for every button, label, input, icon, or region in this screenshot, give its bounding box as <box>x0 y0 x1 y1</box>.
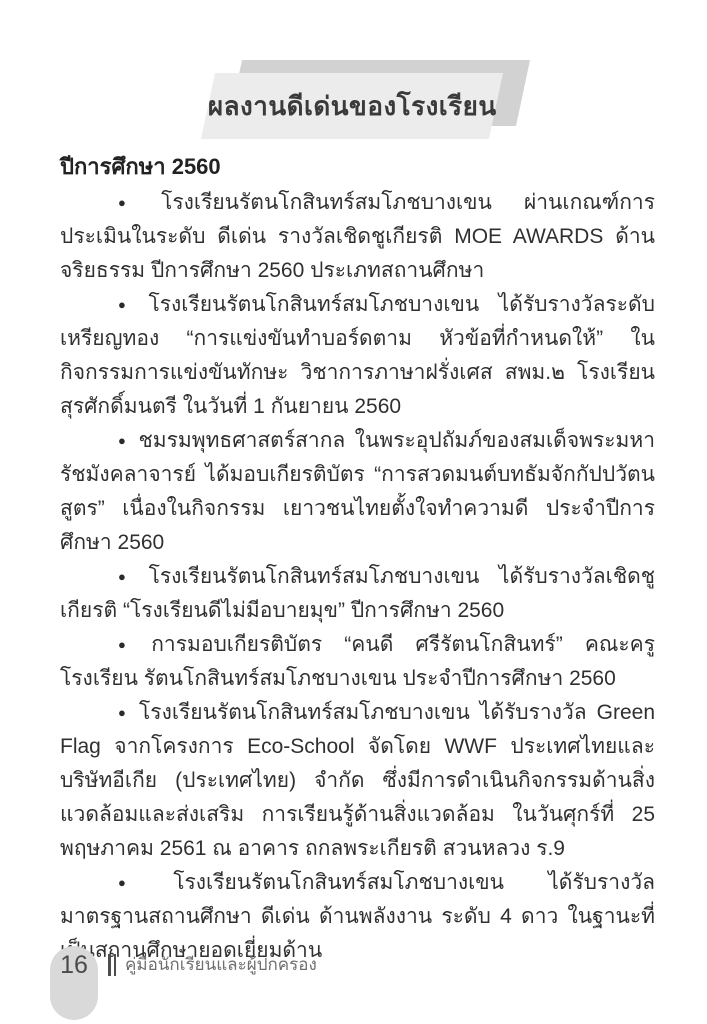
achievement-item: ●โรงเรียนรัตนโกสินทร์สมโภชบางเขน ผ่านเกณ… <box>60 186 655 288</box>
achievement-item: ●ชมรมพุทธศาสตร์สากล ในพระอุปถัมภ์ของสมเด… <box>60 424 655 560</box>
achievement-text: โรงเรียนรัตนโกสินทร์สมโภชบางเขน ได้รับรา… <box>60 701 655 860</box>
achievement-text: ชมรมพุทธศาสตร์สากล ในพระอุปถัมภ์ของสมเด็… <box>60 429 655 554</box>
section-heading: ปีการศึกษา 2560 <box>60 150 655 184</box>
footer: คู่มือนักเรียนและผู้ปกครอง <box>108 951 317 978</box>
achievement-text: โรงเรียนรัตนโกสินทร์สมโภชบางเขน ได้รับรา… <box>60 293 655 418</box>
achievement-text: โรงเรียนรัตนโกสินทร์สมโภชบางเขน ได้รับรา… <box>60 565 655 622</box>
bullet-icon: ● <box>118 705 139 720</box>
handbook-title: คู่มือนักเรียนและผู้ปกครอง <box>125 951 317 978</box>
bullet-icon: ● <box>118 297 148 312</box>
achievement-item: ●การมอบเกียรติบัตร “คนดี ศรีรัตนโกสินทร์… <box>60 628 655 696</box>
bullet-icon: ● <box>118 433 139 448</box>
bullet-icon: ● <box>118 195 161 210</box>
achievement-item: ●โรงเรียนรัตนโกสินทร์สมโภชบางเขน ได้รับร… <box>60 560 655 628</box>
achievement-list: ●โรงเรียนรัตนโกสินทร์สมโภชบางเขน ผ่านเกณ… <box>60 186 655 968</box>
bullet-icon: ● <box>118 569 149 584</box>
page-number-pill: 16 <box>50 946 98 1020</box>
banner-front-shape: ผลงานดีเด่นของโรงเรียน <box>201 73 503 139</box>
bullet-icon: ● <box>118 637 151 652</box>
title-banner: ผลงานดีเด่นของโรงเรียน <box>208 73 496 139</box>
bullet-icon: ● <box>118 875 173 890</box>
page-number: 16 <box>50 951 98 980</box>
page-title: ผลงานดีเด่นของโรงเรียน <box>208 86 497 127</box>
document-page: ผลงานดีเด่นของโรงเรียน ปีการศึกษา 2560 ●… <box>0 0 707 1024</box>
double-bar-icon <box>108 954 116 976</box>
content-area: ปีการศึกษา 2560 ●โรงเรียนรัตนโกสินทร์สมโ… <box>60 150 655 968</box>
achievement-item: ●โรงเรียนรัตนโกสินทร์สมโภชบางเขน ได้รับร… <box>60 696 655 866</box>
achievement-item: ●โรงเรียนรัตนโกสินทร์สมโภชบางเขน ได้รับร… <box>60 288 655 424</box>
